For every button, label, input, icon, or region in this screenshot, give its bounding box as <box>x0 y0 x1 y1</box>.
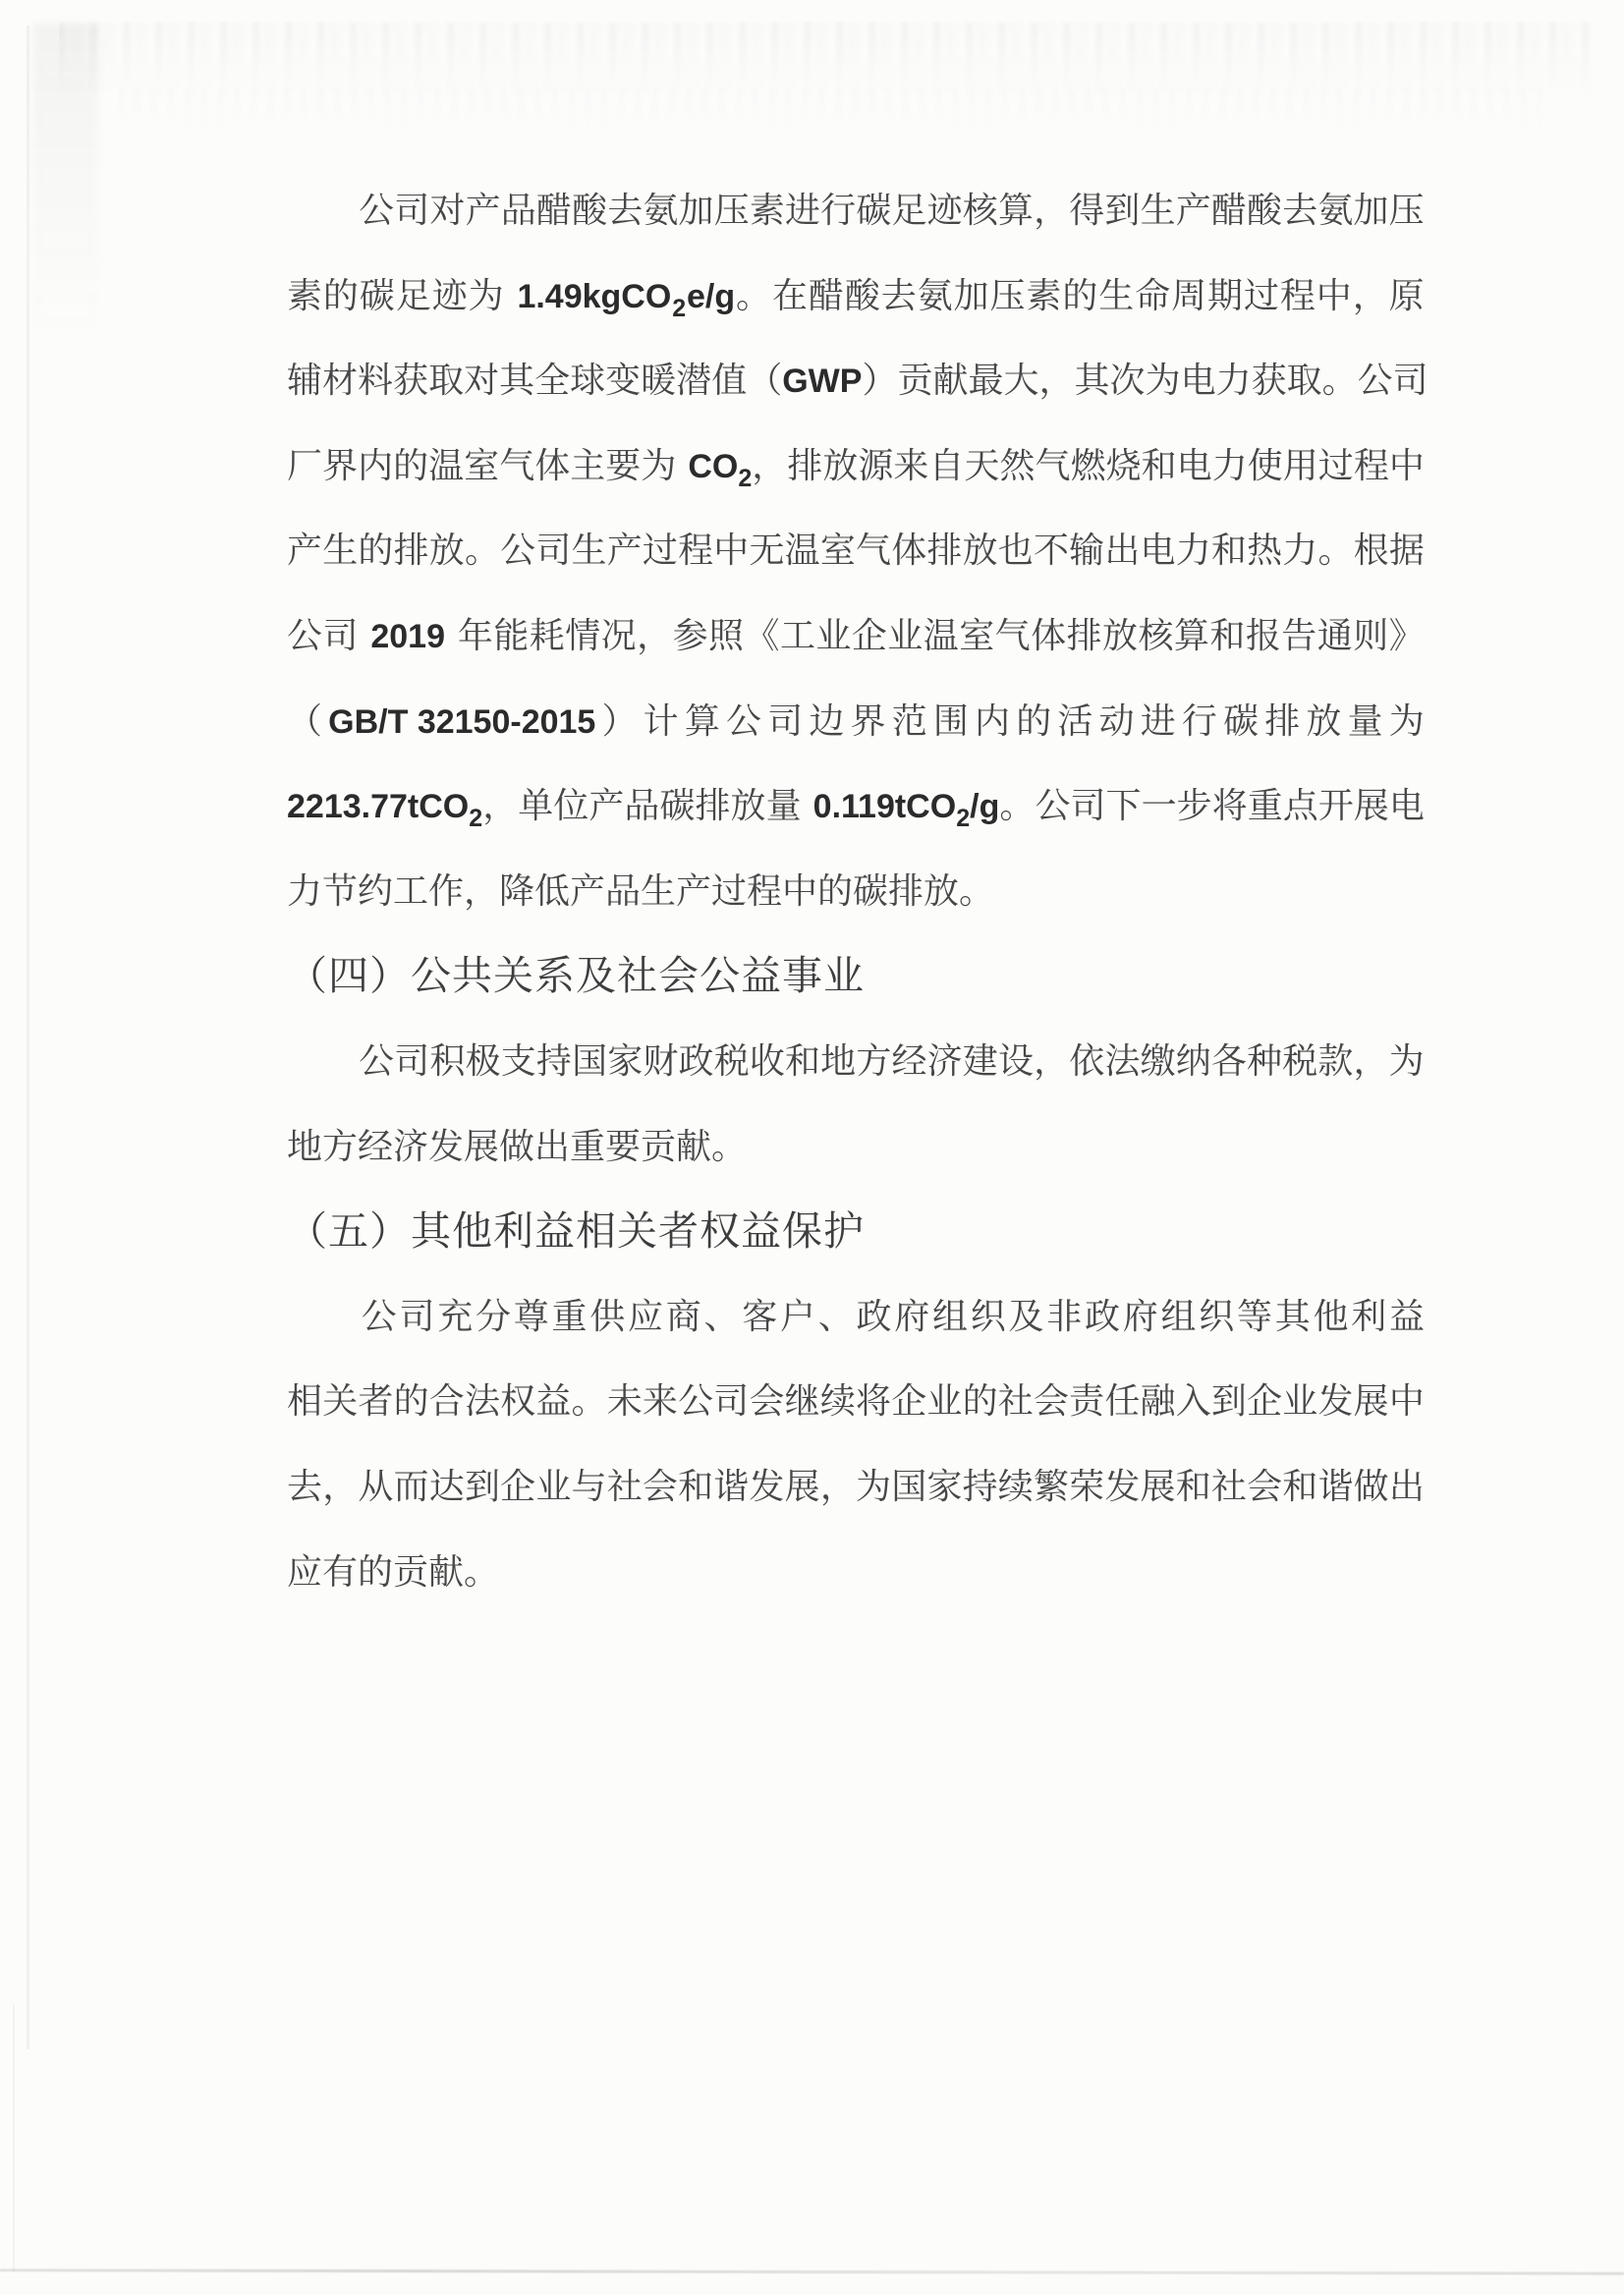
cjk-char: 与 <box>572 1444 607 1530</box>
cjk-char: 业 <box>535 1444 571 1530</box>
cjk-char: 种 <box>1247 1019 1282 1104</box>
cjk-char: 压 <box>714 168 750 253</box>
cjk-char: 能 <box>493 593 529 679</box>
cjk-char: 量 <box>1348 679 1383 764</box>
cjk-char: 暖 <box>641 338 676 423</box>
cjk-char: ， <box>322 1444 358 1530</box>
cjk-char: 的 <box>393 423 428 509</box>
cjk-char: 酸 <box>572 168 607 253</box>
cjk-text-run: 力节约工作，降低产品生产过程中的碳排放。 <box>287 871 994 911</box>
cjk-char: 社 <box>1211 1444 1247 1530</box>
cjk-char: 社 <box>607 1444 643 1530</box>
cjk-char: 责 <box>1069 1359 1104 1444</box>
cjk-char: 繁 <box>1034 1444 1069 1530</box>
cjk-char: 展 <box>1354 763 1389 849</box>
cjk-char: 放 <box>731 763 766 849</box>
cjk-char: 燃 <box>1071 423 1106 509</box>
cjk-char: 经 <box>891 1019 926 1104</box>
cjk-char: 益 <box>1389 1274 1425 1360</box>
cjk-char: 气 <box>1036 423 1071 509</box>
cjk-char: 司 <box>322 593 358 679</box>
cjk-char: 不 <box>1034 508 1069 593</box>
cjk-char: 室 <box>464 423 499 509</box>
cjk-char: 球 <box>570 338 605 423</box>
cjk-char: 内 <box>358 423 393 509</box>
cjk-char: 加 <box>954 253 989 339</box>
cjk-char: 放 <box>429 508 465 593</box>
cjk-char: 温 <box>924 593 959 679</box>
cjk-char: 迹 <box>927 168 963 253</box>
cjk-char: 分 <box>476 1274 511 1360</box>
cjk-char: 况 <box>601 593 637 679</box>
cjk-char: ， <box>1354 1019 1389 1104</box>
cjk-char: 程 <box>1354 423 1389 509</box>
cjk-char: 、 <box>703 1274 739 1360</box>
cjk-char: 会 <box>643 1444 678 1530</box>
cjk-char: 最 <box>968 338 1003 423</box>
cjk-char: 到 <box>1104 168 1140 253</box>
cjk-char: 主 <box>570 423 605 509</box>
cjk-char: 步 <box>1177 763 1212 849</box>
cjk-char: 府 <box>894 1274 929 1360</box>
cjk-char: 公 <box>1035 763 1070 849</box>
cjk-char: 会 <box>749 1359 784 1444</box>
cjk-char: 司 <box>399 1274 434 1360</box>
cjk-char: 获 <box>1252 338 1287 423</box>
cjk-char: 足 <box>891 168 926 253</box>
cjk-char: 达 <box>429 1444 465 1530</box>
cjk-char: 压 <box>990 253 1026 339</box>
cjk-char: 司 <box>394 168 429 253</box>
cjk-char: 范 <box>892 679 927 764</box>
cjk-char: 做 <box>1354 1444 1389 1530</box>
cjk-char: 热 <box>1247 508 1282 593</box>
cjk-char: 输 <box>1069 508 1104 593</box>
cjk-char: 要 <box>605 423 641 509</box>
cjk-char: 温 <box>428 423 464 509</box>
cjk-char: 和 <box>1142 423 1177 509</box>
cjk-char: 出 <box>1389 1444 1425 1530</box>
cjk-char: 电 <box>1177 423 1212 509</box>
cjk-char: 中 <box>1389 1359 1425 1444</box>
cjk-char: 材 <box>322 338 358 423</box>
cjk-char: 生 <box>322 508 358 593</box>
cjk-char: 工 <box>780 593 815 679</box>
body-text-line: 相关者的合法权益。未来公司会继续将企业的社会责任融入到企业发展中 <box>287 1359 1425 1444</box>
cjk-char: （ <box>287 679 322 764</box>
cjk-char: 政 <box>856 1274 891 1360</box>
cjk-char: 公 <box>726 679 761 764</box>
cjk-char: 组 <box>932 1274 968 1360</box>
cjk-char: 各 <box>1211 1019 1247 1104</box>
section-heading: （五）其他利益相关者权益保护 <box>287 1189 1425 1274</box>
cjk-char: 他 <box>1313 1274 1348 1360</box>
cjk-char: 酸 <box>1247 168 1282 253</box>
cjk-char: 放 <box>822 423 858 509</box>
cjk-char: 用 <box>1283 423 1318 509</box>
cjk-char: 公 <box>362 1274 397 1360</box>
cjk-char: 合 <box>429 1359 465 1444</box>
cjk-char: 告 <box>1281 593 1316 679</box>
body-text-line: 厂界内的温室气体主要为CO2，排放源来自天然气燃烧和电力使用过程中 <box>287 423 1425 509</box>
cjk-char: 耗 <box>530 593 565 679</box>
body-text-line: 公司对产品醋酸去氨加压素进行碳足迹核算，得到生产醋酸去氨加压 <box>287 168 1425 253</box>
cjk-char: 社 <box>998 1359 1034 1444</box>
cjk-char: 计 <box>644 679 679 764</box>
cjk-text-run: 应有的贡献。 <box>287 1552 499 1592</box>
cjk-char: 家 <box>607 1019 643 1104</box>
cjk-char: 续 <box>998 1444 1034 1530</box>
latin-text-run: 0.119tCO <box>813 764 957 850</box>
cjk-char: 单 <box>518 763 553 849</box>
cjk-char: 公 <box>287 593 322 679</box>
cjk-char: 税 <box>1282 1019 1317 1104</box>
cjk-char: 过 <box>1244 253 1279 339</box>
cjk-char: 持 <box>536 1019 572 1104</box>
cjk-char: 业 <box>887 593 923 679</box>
cjk-char: 则 <box>1353 593 1388 679</box>
cjk-char: 放 <box>1306 679 1341 764</box>
cjk-char: 边 <box>809 679 844 764</box>
cjk-char: 室 <box>959 593 994 679</box>
cjk-char: 碳 <box>659 763 695 849</box>
cjk-char: 司 <box>394 1019 429 1104</box>
cjk-text-run: （五）其他利益相关者权益保护 <box>287 1208 865 1254</box>
cjk-char: 其 <box>499 338 534 423</box>
latin-text-run: e/g <box>687 254 735 340</box>
cjk-char: ， <box>482 763 518 849</box>
cjk-char: 献 <box>932 338 968 423</box>
cjk-char: 力 <box>1216 338 1252 423</box>
cjk-char: 客 <box>742 1274 777 1360</box>
cjk-char: 来 <box>893 423 928 509</box>
cjk-char: 碳 <box>360 253 395 339</box>
cjk-char: 业 <box>926 1359 962 1444</box>
cjk-char: 融 <box>1141 1359 1176 1444</box>
latin-text-run: GWP <box>782 339 862 424</box>
cjk-char: ， <box>1034 1019 1069 1104</box>
cjk-char: 天 <box>964 423 999 509</box>
cjk-char: 开 <box>1318 763 1354 849</box>
cjk-char: 纳 <box>1176 1019 1211 1104</box>
latin-text-run: 2 <box>469 776 482 862</box>
cjk-char: 体 <box>534 423 570 509</box>
cjk-char: 从 <box>358 1444 393 1530</box>
cjk-char: 建 <box>963 1019 998 1104</box>
cjk-char: 排 <box>1067 593 1102 679</box>
cjk-char: 动 <box>1099 679 1135 764</box>
cjk-char: 室 <box>820 508 856 593</box>
cjk-char: 公 <box>359 1019 394 1104</box>
cjk-char: 关 <box>322 1359 358 1444</box>
cjk-char: 电 <box>1389 763 1425 849</box>
cjk-char: 为 <box>856 1444 891 1530</box>
cjk-char: 气 <box>856 508 891 593</box>
cjk-char: 国 <box>891 1444 926 1530</box>
cjk-char: 企 <box>891 1359 926 1444</box>
body-text-line: 去，从而达到企业与社会和谐发展，为国家持续繁荣发展和社会和谐做出 <box>287 1444 1425 1530</box>
cjk-char: 税 <box>714 1019 750 1104</box>
cjk-char: 电 <box>1181 338 1216 423</box>
cjk-char: 点 <box>1283 763 1318 849</box>
scan-edge-line-left <box>27 26 29 2049</box>
cjk-char: 和 <box>1211 508 1247 593</box>
latin-text-run: GB/T 32150-2015 <box>328 680 595 765</box>
cjk-char: 司 <box>767 679 803 764</box>
cjk-char: 对 <box>464 338 499 423</box>
cjk-char: 。 <box>1317 508 1353 593</box>
cjk-char: 对 <box>429 168 465 253</box>
body-text-line: 辅材料获取对其全球变暖潜值（GWP）贡献最大，其次为电力获取。公司 <box>287 338 1425 423</box>
cjk-char: 产 <box>466 168 501 253</box>
cjk-char: 设 <box>998 1019 1034 1104</box>
body-text-line: 地方经济发展做出重要贡献。 <box>287 1104 1425 1190</box>
cjk-char: 供 <box>589 1274 625 1360</box>
body-text-line: 公司积极支持国家财政税收和地方经济建设，依法缴纳各种税款，为 <box>287 1019 1425 1104</box>
cjk-char: 缴 <box>1141 1019 1176 1104</box>
cjk-char: 继 <box>785 1359 820 1444</box>
cjk-char: 法 <box>1104 1019 1140 1104</box>
cjk-char: 将 <box>1212 763 1248 849</box>
cjk-char: 温 <box>785 508 820 593</box>
cjk-char: 酸 <box>845 253 880 339</box>
cjk-char: 极 <box>466 1019 501 1104</box>
cjk-char: 重 <box>551 1274 587 1360</box>
cjk-char: 续 <box>820 1359 856 1444</box>
cjk-char: 放 <box>963 508 998 593</box>
body-text-line: 2213.77tCO2，单位产品碳排放量0.119tCO2/g。公司下一步将重点… <box>287 763 1425 849</box>
cjk-char: 大 <box>1004 338 1039 423</box>
cjk-char: 命 <box>1135 253 1170 339</box>
cjk-char: 也 <box>998 508 1034 593</box>
cjk-char: 取 <box>1287 338 1322 423</box>
cjk-char: 素 <box>1026 253 1061 339</box>
cjk-char: 府 <box>1123 1274 1158 1360</box>
cjk-char: 织 <box>971 1274 1006 1360</box>
cjk-char: 《 <box>744 593 779 679</box>
cjk-char: 料 <box>358 338 393 423</box>
cjk-char: 业 <box>1282 1359 1317 1444</box>
latin-text-run: CO <box>688 424 738 510</box>
cjk-char: 气 <box>499 423 534 509</box>
cjk-char: 国 <box>572 1019 607 1104</box>
cjk-char: 为 <box>1389 1019 1425 1104</box>
cjk-text-run: 地方经济发展做出重要贡献。 <box>287 1127 747 1166</box>
cjk-char: 排 <box>394 508 429 593</box>
cjk-char: 家 <box>926 1444 962 1530</box>
cjk-char: 进 <box>1141 679 1176 764</box>
cjk-char: 产 <box>1176 168 1211 253</box>
scan-edge-line-bottom <box>0 2268 1624 2274</box>
cjk-char: 报 <box>1246 593 1281 679</box>
cjk-char: 核 <box>1138 593 1173 679</box>
cjk-char: 得 <box>1069 168 1104 253</box>
cjk-char: 源 <box>858 423 893 509</box>
cjk-char: 生 <box>1098 253 1134 339</box>
cjk-char: 足 <box>396 253 431 339</box>
cjk-char: 全 <box>534 338 570 423</box>
cjk-char: 公 <box>678 1359 713 1444</box>
cjk-char: 司 <box>713 1359 749 1444</box>
cjk-char: 企 <box>852 593 887 679</box>
cjk-char: （ <box>747 338 782 423</box>
cjk-char: 的 <box>1062 253 1097 339</box>
cjk-text-run: （四）公共关系及社会公益事业 <box>287 953 865 998</box>
cjk-char: 次 <box>1110 338 1146 423</box>
cjk-char: ， <box>1034 168 1069 253</box>
cjk-char: 。 <box>1322 338 1358 423</box>
cjk-char: 使 <box>1248 423 1283 509</box>
cjk-char: 去 <box>1282 168 1317 253</box>
cjk-char: 企 <box>1247 1359 1282 1444</box>
cjk-char: 。 <box>465 508 500 593</box>
cjk-char: 进 <box>785 168 820 253</box>
cjk-char: 排 <box>695 763 730 849</box>
cjk-char: 款 <box>1317 1019 1353 1104</box>
cjk-char: 体 <box>1031 593 1066 679</box>
cjk-char: 品 <box>624 763 659 849</box>
cjk-char: 将 <box>856 1359 891 1444</box>
latin-text-run: /g <box>970 764 999 850</box>
cjk-char: 活 <box>1057 679 1092 764</box>
cjk-char: 变 <box>605 338 641 423</box>
cjk-char: 去 <box>287 1444 322 1530</box>
cjk-char: 其 <box>1275 1274 1311 1360</box>
cjk-char: 参 <box>673 593 708 679</box>
cjk-char: 过 <box>1318 423 1354 509</box>
scan-bleedthrough-smudge-secondary <box>118 86 1542 132</box>
cjk-char: 谐 <box>713 1444 749 1530</box>
cjk-char: 产 <box>287 508 322 593</box>
latin-text-run: 2213.77tCO <box>287 764 469 850</box>
cjk-char: 来 <box>643 1359 678 1444</box>
cjk-char: 产 <box>607 508 643 593</box>
cjk-char: 持 <box>963 1444 998 1530</box>
cjk-char: 位 <box>553 763 588 849</box>
cjk-char: ， <box>820 1444 856 1530</box>
cjk-char: 组 <box>1160 1274 1196 1360</box>
cjk-char: 算 <box>1174 593 1209 679</box>
cjk-char: 政 <box>679 1019 714 1104</box>
body-text-line: 公司2019年能耗情况，参照《工业企业温室气体排放核算和报告通则》 <box>287 593 1425 679</box>
cjk-char: 生 <box>1141 168 1176 253</box>
body-text-line: 产生的排放。公司生产过程中无温室气体排放也不输出电力和热力。根据 <box>287 508 1425 593</box>
cjk-char: 司 <box>1393 338 1428 423</box>
cjk-char: 体 <box>891 508 926 593</box>
body-text-line: 公司充分尊重供应商、客户、政府组织及非政府组织等其他利益 <box>287 1274 1425 1360</box>
cjk-char: 利 <box>1351 1274 1386 1360</box>
cjk-char: 一 <box>1142 763 1177 849</box>
cjk-char: 氨 <box>918 253 953 339</box>
body-text-line: 力节约工作，降低产品生产过程中的碳排放。 <box>287 849 1425 934</box>
cjk-char: 》 <box>1389 593 1425 679</box>
cjk-char: 醋 <box>536 168 572 253</box>
cjk-char: 过 <box>643 508 678 593</box>
cjk-char: 醋 <box>809 253 844 339</box>
cjk-char: 发 <box>749 1444 784 1530</box>
cjk-char: 依 <box>1069 1019 1104 1104</box>
cjk-char: 权 <box>500 1359 535 1444</box>
cjk-char: 益 <box>535 1359 571 1444</box>
cjk-char: 非 <box>1046 1274 1082 1360</box>
section-heading: （四）公共关系及社会公益事业 <box>287 933 1425 1019</box>
cjk-char: 迹 <box>432 253 468 339</box>
cjk-char: 的 <box>963 1359 998 1444</box>
cjk-char: 司 <box>535 508 571 593</box>
cjk-char: 济 <box>927 1019 963 1104</box>
cjk-char: 公 <box>500 508 535 593</box>
latin-text-run: 1.49kgCO <box>517 254 671 340</box>
cjk-char: 力 <box>1176 508 1211 593</box>
cjk-char: 周 <box>1171 253 1206 339</box>
cjk-char: 到 <box>1211 1359 1247 1444</box>
cjk-char: 支 <box>501 1019 536 1104</box>
cjk-char: 氨 <box>643 168 678 253</box>
cjk-char: 生 <box>572 508 607 593</box>
cjk-char: 未 <box>607 1359 643 1444</box>
cjk-char: 气 <box>995 593 1031 679</box>
cjk-char: 原 <box>1389 253 1425 339</box>
cjk-char: 发 <box>1104 1444 1140 1530</box>
body-text-line: 素的碳足迹为1.49kgCO2e/g。在醋酸去氨加压素的生命周期过程中，原 <box>287 253 1425 339</box>
cjk-char: 内 <box>975 679 1010 764</box>
cjk-char: 照 <box>708 593 744 679</box>
cjk-char: 户 <box>780 1274 815 1360</box>
cjk-char: 排 <box>926 508 962 593</box>
cjk-char: ， <box>637 593 672 679</box>
cjk-char: 产 <box>588 763 624 849</box>
cjk-char: ， <box>1039 338 1075 423</box>
cjk-char: 获 <box>393 338 428 423</box>
cjk-char: 财 <box>643 1019 678 1104</box>
cjk-char: 尊 <box>514 1274 549 1360</box>
cjk-char: 的 <box>358 508 393 593</box>
cjk-char: ， <box>752 423 787 509</box>
scan-edge-line-left-lower <box>13 2004 15 2271</box>
cjk-char: 在 <box>772 253 808 339</box>
cjk-char: 企 <box>500 1444 535 1530</box>
cjk-char: 加 <box>1354 168 1389 253</box>
cjk-char: 展 <box>785 1444 820 1530</box>
cjk-char: 、 <box>818 1274 854 1360</box>
cjk-char: 展 <box>1354 1359 1389 1444</box>
cjk-char: 入 <box>1176 1359 1211 1444</box>
cjk-char: 根 <box>1354 508 1389 593</box>
cjk-char: 碳 <box>1223 679 1259 764</box>
cjk-char: 应 <box>628 1274 663 1360</box>
cjk-char: 司 <box>1071 763 1106 849</box>
cjk-char: 地 <box>820 1019 856 1104</box>
cjk-char: 自 <box>928 423 964 509</box>
cjk-char: 厂 <box>287 423 322 509</box>
cjk-char: 量 <box>766 763 802 849</box>
latin-text-run: 2 <box>672 266 686 352</box>
body-text-line: （GB/T 32150-2015）计算公司边界范围内的活动进行碳排放量为 <box>287 679 1425 764</box>
cjk-char: 算 <box>998 168 1034 253</box>
cjk-char: 碳 <box>856 168 891 253</box>
cjk-char: 积 <box>429 1019 465 1104</box>
text-block: 公司对产品醋酸去氨加压素进行碳足迹核算，得到生产醋酸去氨加压素的碳足迹为1.49… <box>287 168 1425 1614</box>
latin-text-run: 2 <box>956 776 970 862</box>
cjk-char: 。 <box>736 253 771 339</box>
cjk-char: 中 <box>1389 423 1425 509</box>
cjk-char: 核 <box>963 168 998 253</box>
cjk-char: 力 <box>1212 423 1248 509</box>
cjk-char: 到 <box>465 1444 500 1530</box>
cjk-char: 围 <box>933 679 969 764</box>
cjk-char: 和 <box>785 1019 820 1104</box>
cjk-char: 谐 <box>1317 1444 1353 1530</box>
